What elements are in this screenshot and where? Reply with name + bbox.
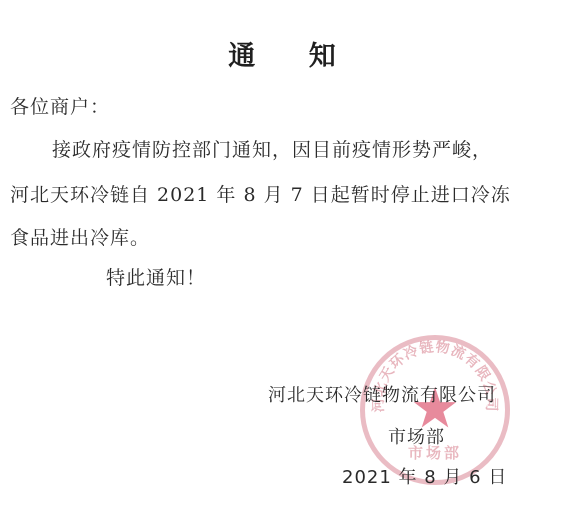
signature-department: 市场部: [388, 423, 445, 449]
signature-date: 2021 年 8 月 6 日: [342, 463, 507, 489]
salutation: 各位商户：: [10, 92, 110, 119]
notice-document: 通 知 各位商户： 接政府疫情防控部门通知，因目前疫情形势严峻， 河北天环冷链自…: [0, 0, 564, 520]
seal-ring-text: 河北天环冷链物流有限公司 市场部: [365, 340, 505, 480]
closing-line: 特此通知！: [106, 263, 206, 290]
body-line-1: 接政府疫情防控部门通知，因目前疫情形势严峻，: [52, 135, 492, 162]
body-line-2: 河北天环冷链自 2021 年 8 月 7 日起暂时停止进口冷冻: [10, 180, 511, 207]
body-line-3: 食品进出冷库。: [10, 223, 150, 250]
signature-company: 河北天环冷链物流有限公司: [268, 381, 496, 407]
document-title: 通 知: [0, 34, 564, 73]
